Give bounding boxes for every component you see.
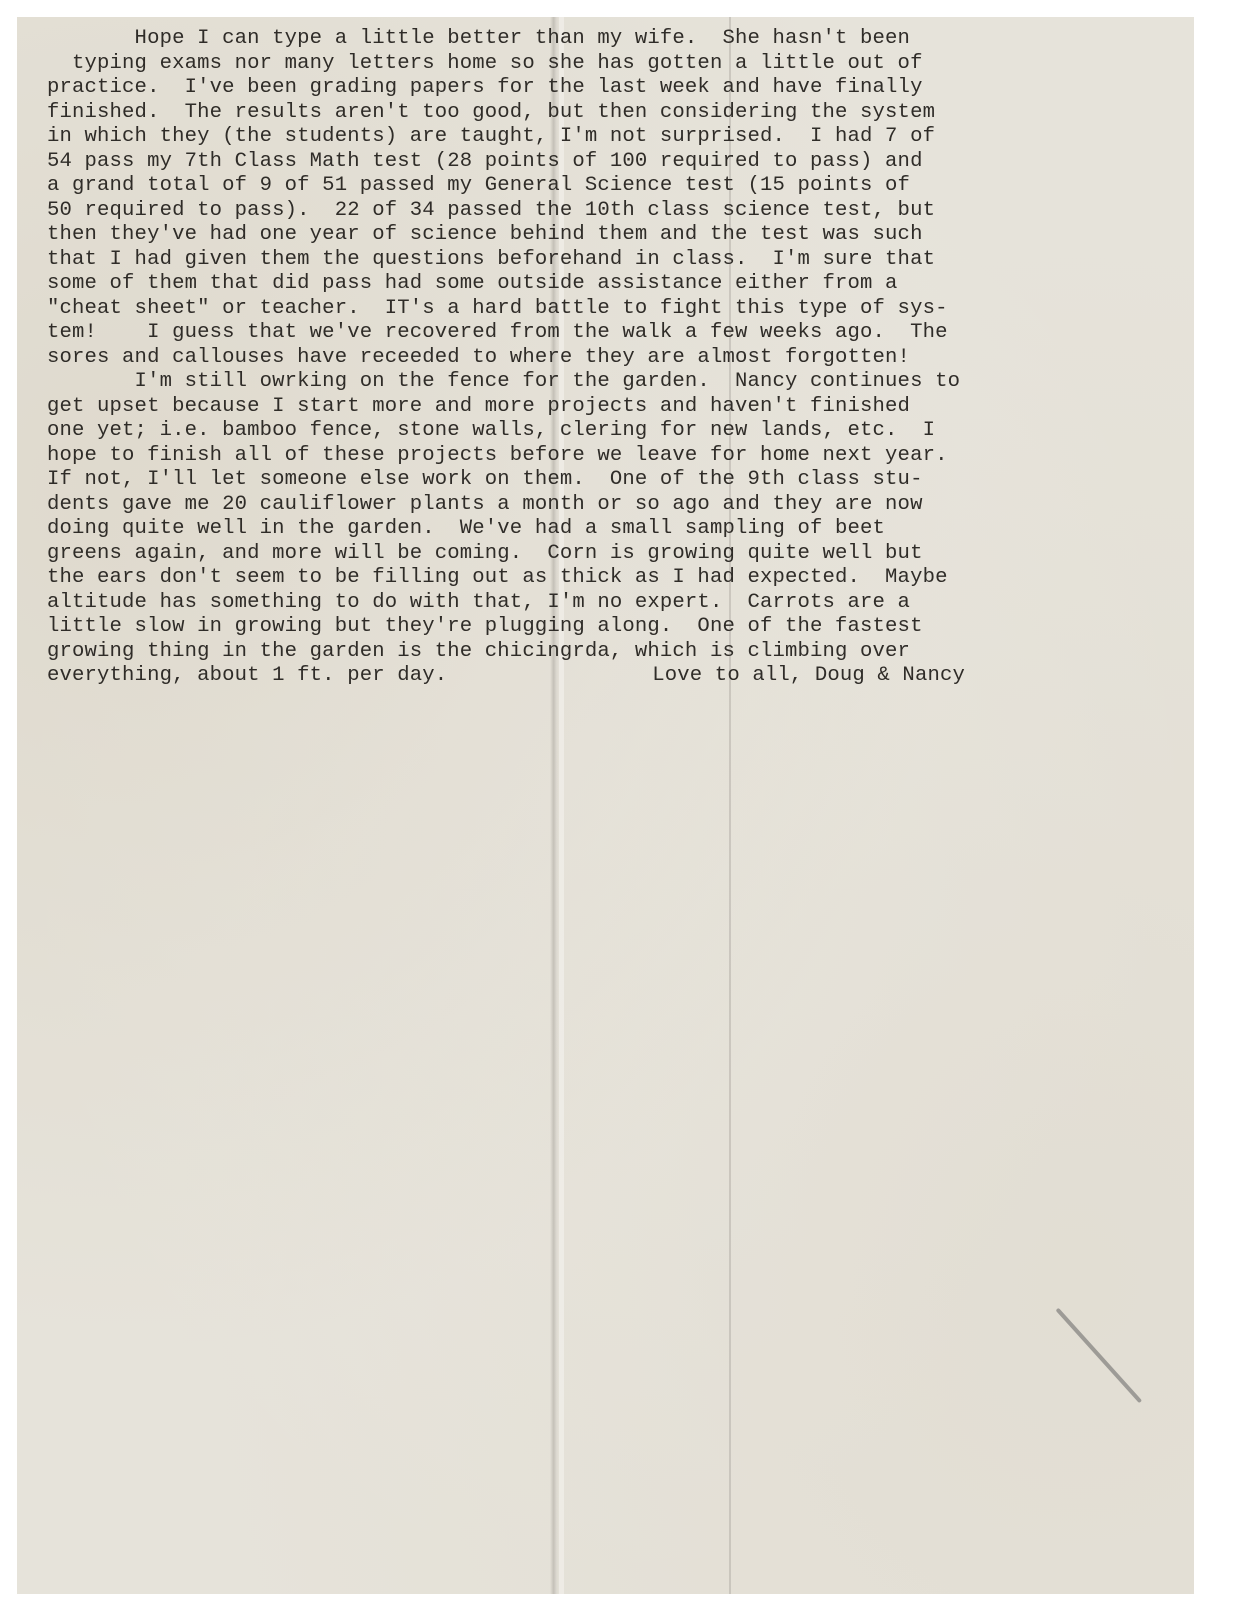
letter-line: a grand total of 9 of 51 passed my Gener…: [47, 174, 1107, 199]
letter-line: 50 required to pass). 22 of 34 passed th…: [47, 199, 1107, 224]
letter-line: If not, I'll let someone else work on th…: [47, 468, 1107, 493]
letter-line: then they've had one year of science beh…: [47, 223, 1107, 248]
letter-line: that I had given them the questions befo…: [47, 248, 1107, 273]
letter-line: "cheat sheet" or teacher. IT's a hard ba…: [47, 297, 1107, 322]
letter-line: sores and callouses have receeded to whe…: [47, 346, 1107, 371]
letter-line: I'm still owrking on the fence for the g…: [47, 370, 1107, 395]
letter-line: altitude has something to do with that, …: [47, 591, 1107, 616]
letter-line: doing quite well in the garden. We've ha…: [47, 517, 1107, 542]
letter-line: one yet; i.e. bamboo fence, stone walls,…: [47, 419, 1107, 444]
letter-line: the ears don't seem to be filling out as…: [47, 566, 1107, 591]
letter-line: finished. The results aren't too good, b…: [47, 101, 1107, 126]
letter-line: growing thing in the garden is the chici…: [47, 640, 1107, 665]
letter-line: 54 pass my 7th Class Math test (28 point…: [47, 150, 1107, 175]
letter-line: greens again, and more will be coming. C…: [47, 542, 1107, 567]
letter-line: get upset because I start more and more …: [47, 395, 1107, 420]
letter-line: tem! I guess that we've recovered from t…: [47, 321, 1107, 346]
letter-line: practice. I've been grading papers for t…: [47, 76, 1107, 101]
letter-last-line: everything, about 1 ft. per day.: [47, 664, 447, 687]
letter-line: in which they (the students) are taught,…: [47, 125, 1107, 150]
signature: Love to all, Doug & Nancy: [652, 664, 965, 687]
letter-line: dents gave me 20 cauliflower plants a mo…: [47, 493, 1107, 518]
letter-line: Hope I can type a little better than my …: [47, 27, 1107, 52]
letter-line: some of them that did pass had some outs…: [47, 272, 1107, 297]
pencil-mark: [1056, 1308, 1143, 1404]
letter-line: hope to finish all of these projects bef…: [47, 444, 1107, 469]
letter-line: typing exams nor many letters home so sh…: [47, 52, 1107, 77]
letter-closing-line: everything, about 1 ft. per day.Love to …: [47, 664, 1107, 689]
letter-line: little slow in growing but they're plugg…: [47, 615, 1107, 640]
typed-letter-body: Hope I can type a little better than my …: [47, 27, 1107, 689]
